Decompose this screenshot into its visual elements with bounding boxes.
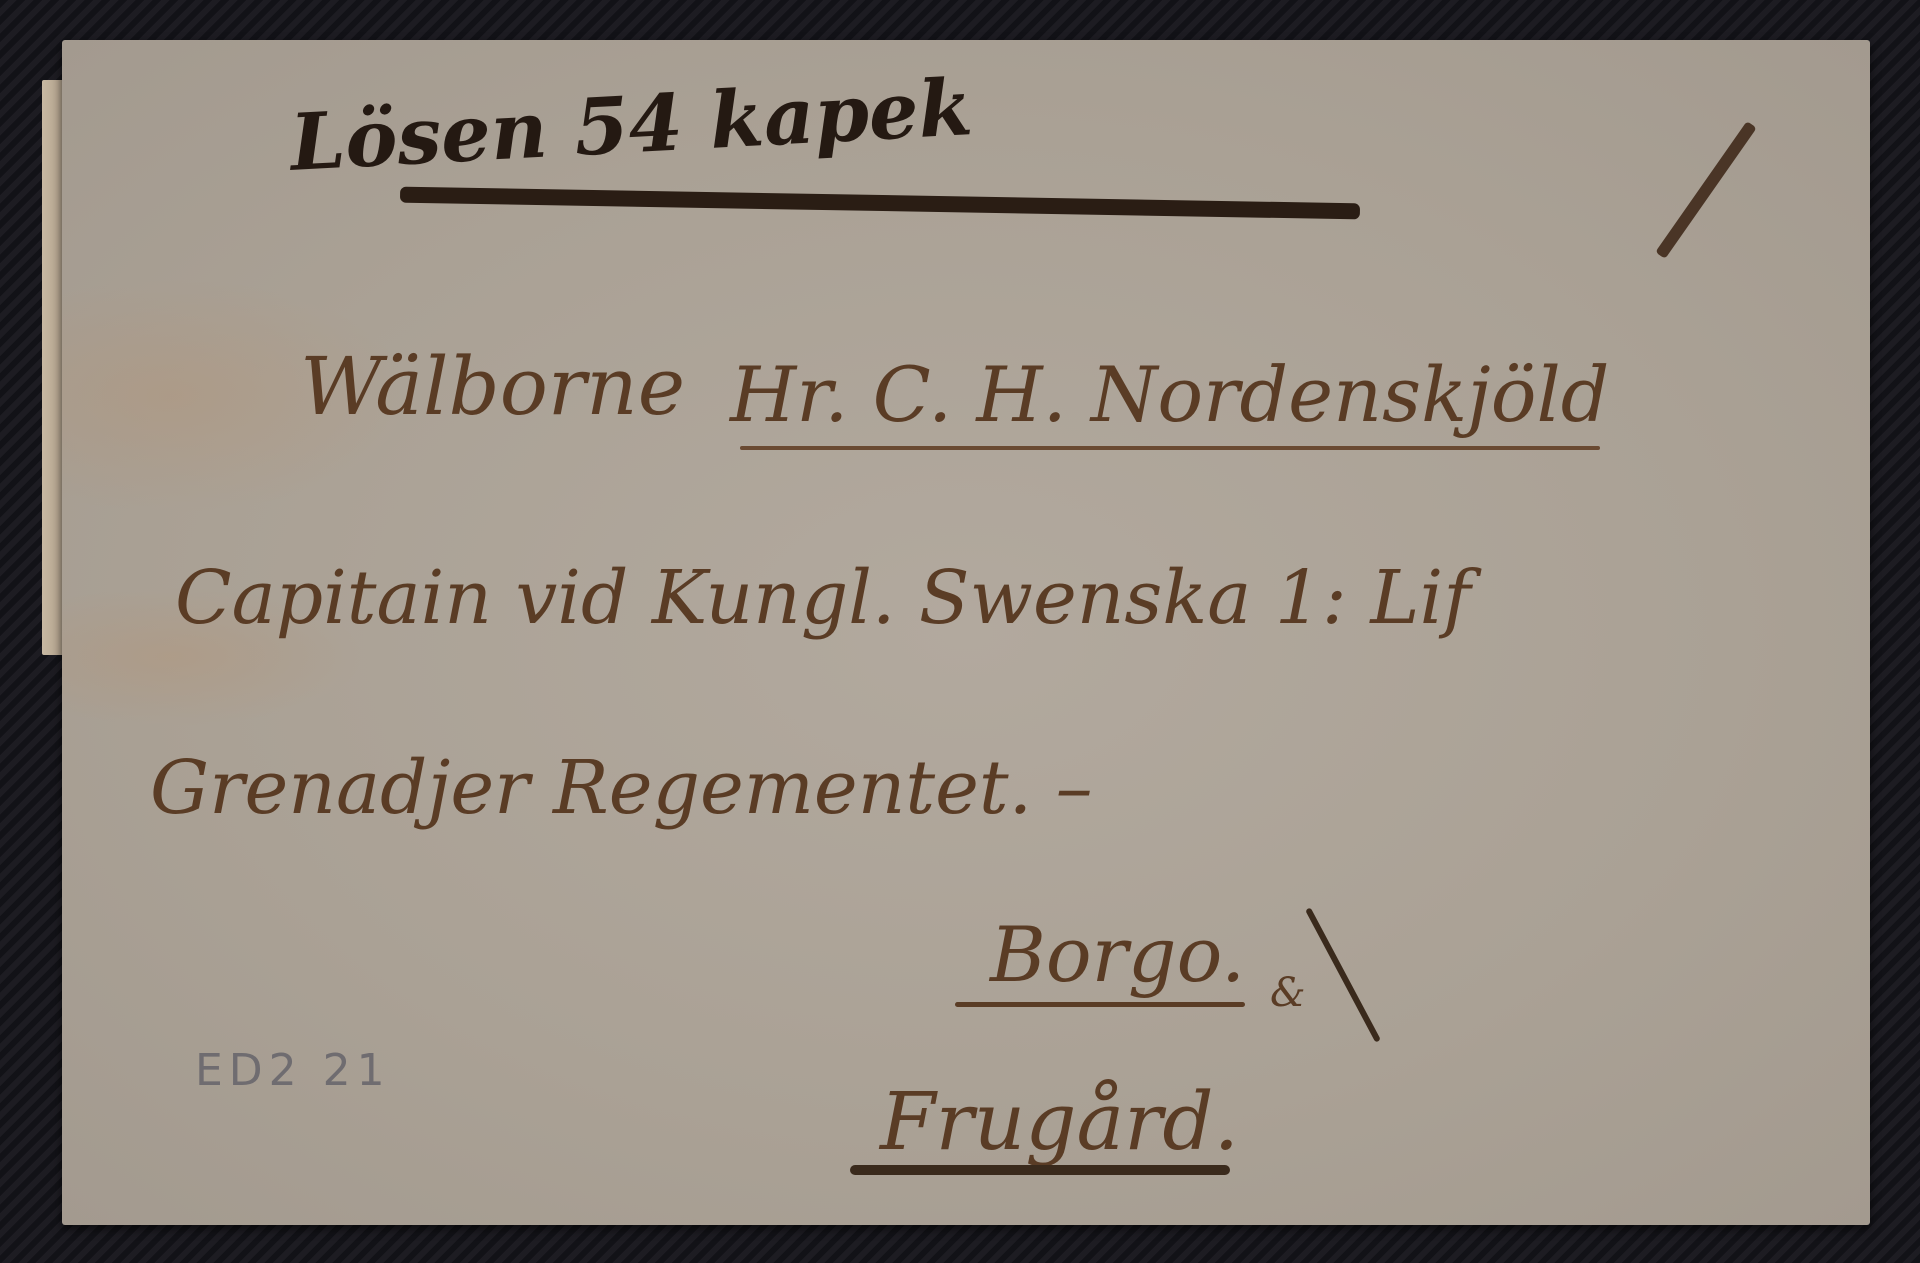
town-underline (955, 1002, 1245, 1007)
recipient-underline (740, 446, 1600, 450)
town: Borgo. (990, 910, 1245, 999)
pencil-annotation: ED2 21 (195, 1045, 391, 1096)
title-line: Capitain vid Kungl. Swenska 1: Lif (175, 555, 1471, 641)
salutation: Wälborne (300, 340, 685, 433)
connector: & (1270, 970, 1306, 1016)
title-line-2: Grenadjer Regementet. – (150, 745, 1093, 831)
estate: Frugård. (880, 1075, 1239, 1168)
recipient-name: Hr. C. H. Nordenskjöld (730, 350, 1609, 439)
estate-underline (850, 1165, 1230, 1175)
